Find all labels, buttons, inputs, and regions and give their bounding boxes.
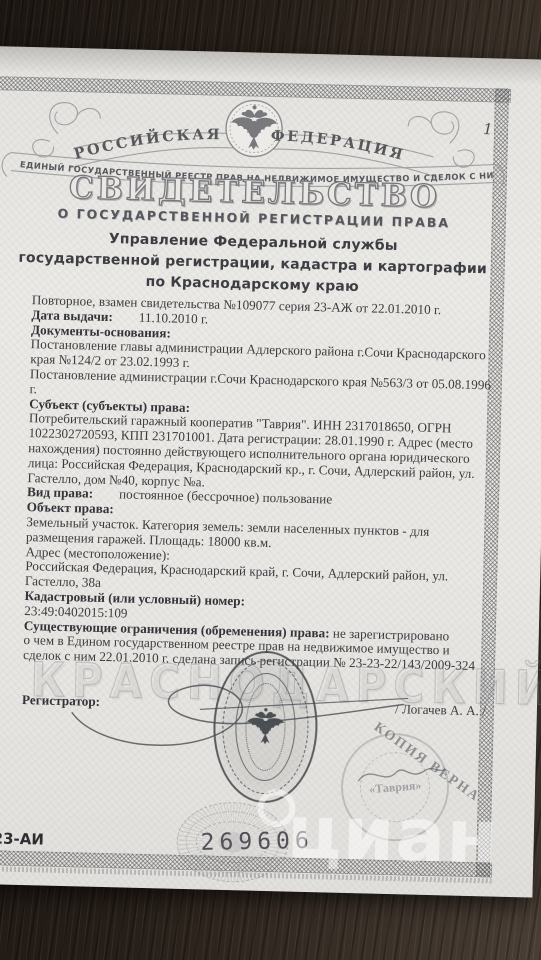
certificate-sheet: РОССИЙСКАЯ ФЕДЕРАЦИЯ ЕДИНЫЙ ГОСУДАРСТВЕН… — [0, 46, 541, 898]
blank-series: 23-АИ — [0, 829, 44, 848]
site-watermark-text: циан — [286, 796, 500, 875]
handwritten-page-mark: 1 — [483, 120, 493, 138]
issuing-authority: Управление Федеральной службы государств… — [0, 226, 523, 302]
issue-date-label: Дата выдачи: — [31, 307, 113, 324]
issue-date-value: 11.10.2010 г. — [139, 310, 209, 327]
subject-text: Потребительский гаражный кооператив "Тав… — [27, 411, 493, 496]
country-name-right: ФЕДЕРАЦИЯ — [270, 127, 407, 164]
